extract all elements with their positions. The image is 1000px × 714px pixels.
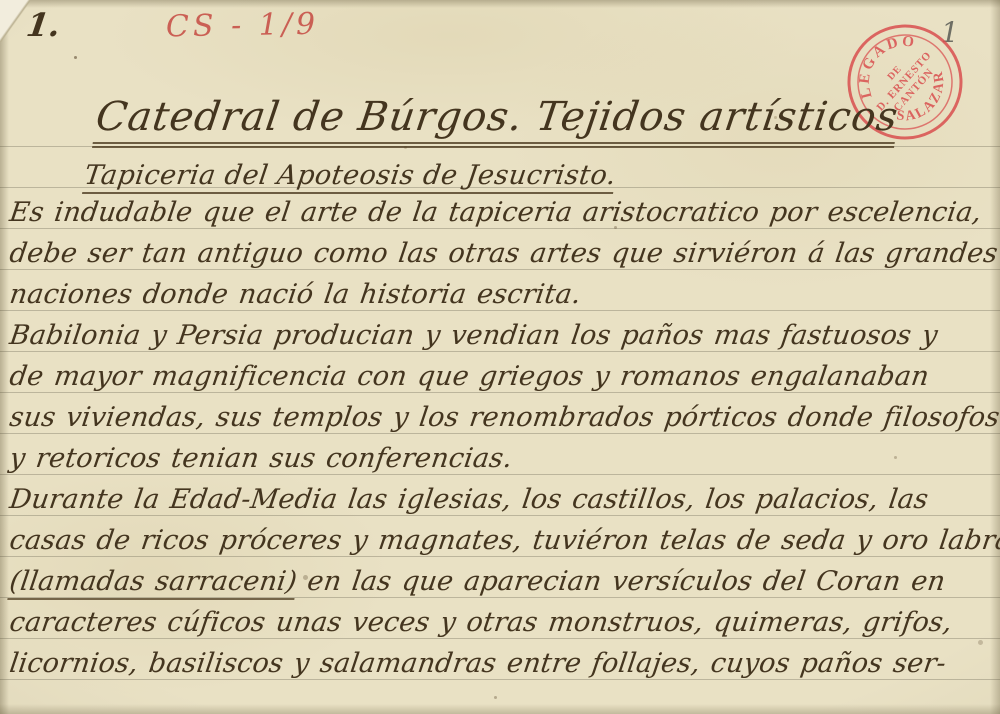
manuscript-line: naciones donde nació la historia escrita… (7, 274, 1000, 315)
document-title: Catedral de Búrgos. Tejidos artísticos (92, 94, 901, 148)
document-subtitle-text: Tapiceria del Apoteosis de Jesucristo. (82, 160, 618, 194)
manuscript-line: Es indudable que el arte de la tapiceria… (7, 192, 1000, 233)
manuscript-line: de mayor magnificencia con que griegos y… (7, 356, 1000, 397)
paper-edge-top (0, 0, 1000, 8)
archival-code: CS - 1/9 (166, 7, 320, 45)
manuscript-body: Es indudable que el arte de la tapiceria… (7, 192, 1000, 684)
manuscript-line: casas de ricos próceres y magnates, tuvi… (7, 520, 1000, 561)
manuscript-line: caracteres cúficos unas veces y otras mo… (7, 602, 1000, 643)
paper-speckles (74, 56, 77, 59)
manuscript-line: Durante la Edad-Media las iglesias, los … (7, 479, 1000, 520)
manuscript-page: 1. CS - 1/9 1 LEGADO SALAZAR DE D. ERNES… (0, 0, 1000, 714)
document-subtitle: Tapiceria del Apoteosis de Jesucristo. (82, 160, 618, 194)
corner-page-number: 1. (24, 6, 63, 44)
paper-edge-bottom (0, 704, 1000, 714)
manuscript-line: Babilonia y Persia producian y vendian l… (7, 315, 1000, 356)
manuscript-line: (llamadas sarraceni) en las que aparecia… (7, 561, 1000, 602)
document-title-text: Catedral de Búrgos. Tejidos artísticos (92, 94, 901, 148)
manuscript-line: licornios, basiliscos y salamandras entr… (7, 643, 1000, 684)
manuscript-line: debe ser tan antiguo como las otras arte… (7, 233, 1000, 274)
manuscript-line: y retoricos tenian sus conferencias. (7, 438, 1000, 479)
manuscript-line: sus viviendas, sus templos y los renombr… (7, 397, 1000, 438)
